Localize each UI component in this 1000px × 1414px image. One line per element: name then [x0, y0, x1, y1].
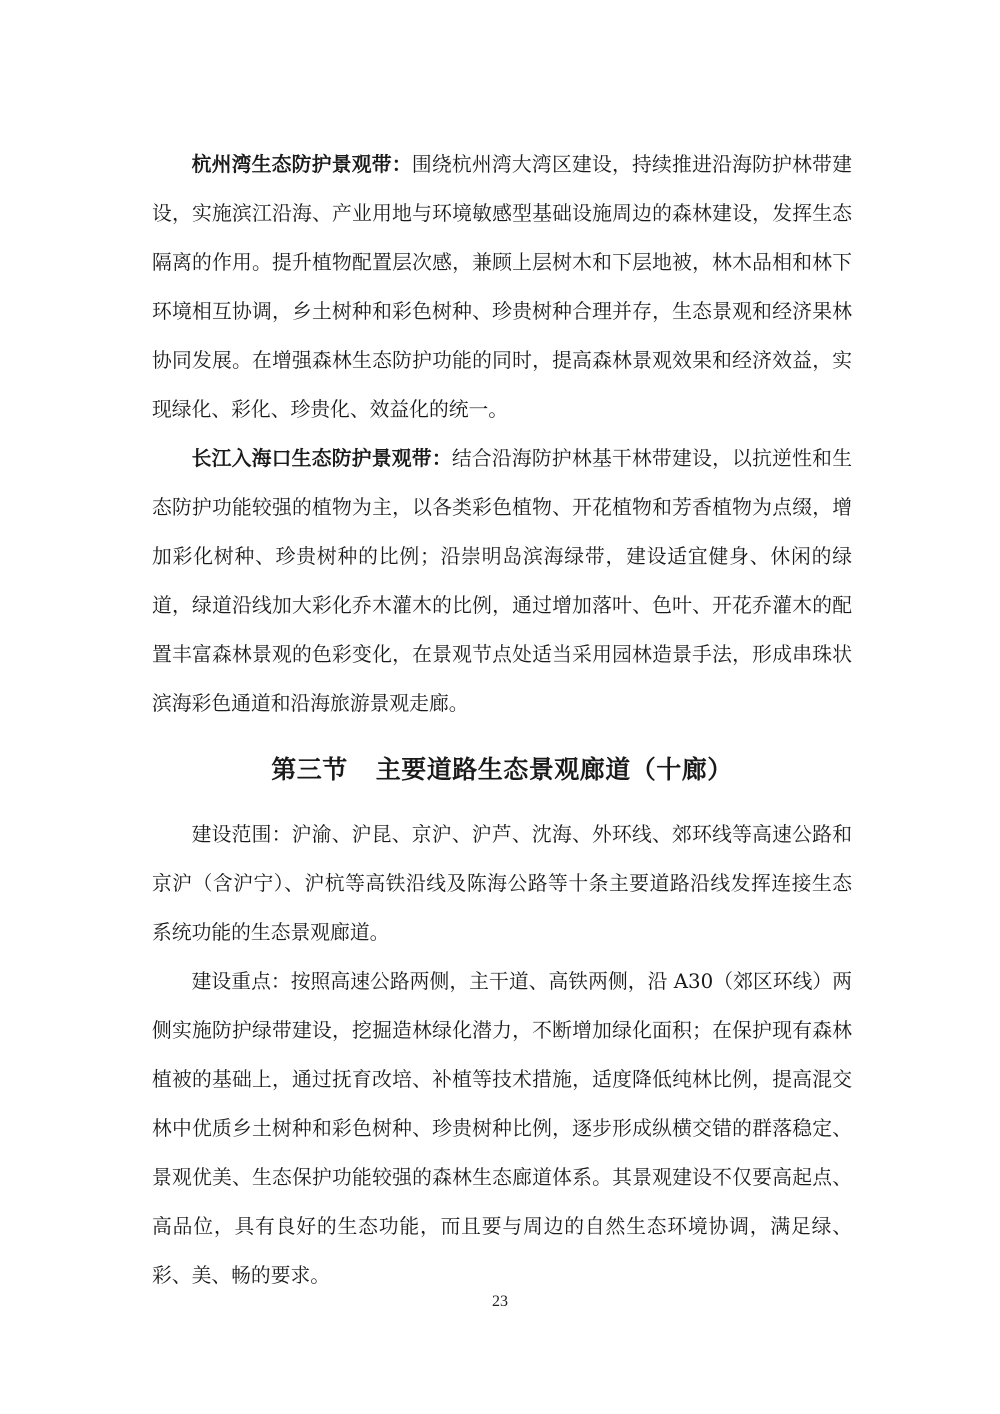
paragraph-text: 建设重点：按照高速公路两侧，主干道、高铁两侧，沿 A30（郊区环线）两侧实施防护… [152, 970, 852, 1287]
paragraph-hangzhou-bay: 杭州湾生态防护景观带：围绕杭州湾大湾区建设，持续推进沿海防护林带建设，实施滨江沿… [152, 140, 852, 434]
section-heading: 第三节主要道路生态景观廊道（十廊） [152, 750, 852, 790]
paragraph-yangtze-estuary: 长江入海口生态防护景观带：结合沿海防护林基干林带建设，以抗逆性和生态防护功能较强… [152, 434, 852, 728]
paragraph-text: 围绕杭州湾大湾区建设，持续推进沿海防护林带建设，实施滨江沿海、产业用地与环境敏感… [152, 153, 852, 421]
paragraph-construction-focus: 建设重点：按照高速公路两侧，主干道、高铁两侧，沿 A30（郊区环线）两侧实施防护… [152, 957, 852, 1300]
page-number: 23 [0, 1293, 1000, 1311]
section-number: 第三节 [271, 755, 348, 784]
paragraph-text: 结合沿海防护林基干林带建设，以抗逆性和生态防护功能较强的植物为主，以各类彩色植物… [152, 447, 852, 715]
document-page: 杭州湾生态防护景观带：围绕杭州湾大湾区建设，持续推进沿海防护林带建设，实施滨江沿… [152, 140, 852, 1300]
section-title: 主要道路生态景观廊道（十廊） [376, 755, 733, 784]
paragraph-text: 建设范围：沪渝、沪昆、京沪、沪芦、沈海、外环线、郊环线等高速公路和京沪（含沪宁）… [152, 823, 852, 944]
paragraph-lead: 长江入海口生态防护景观带： [192, 447, 452, 470]
paragraph-construction-scope: 建设范围：沪渝、沪昆、京沪、沪芦、沈海、外环线、郊环线等高速公路和京沪（含沪宁）… [152, 810, 852, 957]
paragraph-lead: 杭州湾生态防护景观带： [192, 153, 412, 176]
